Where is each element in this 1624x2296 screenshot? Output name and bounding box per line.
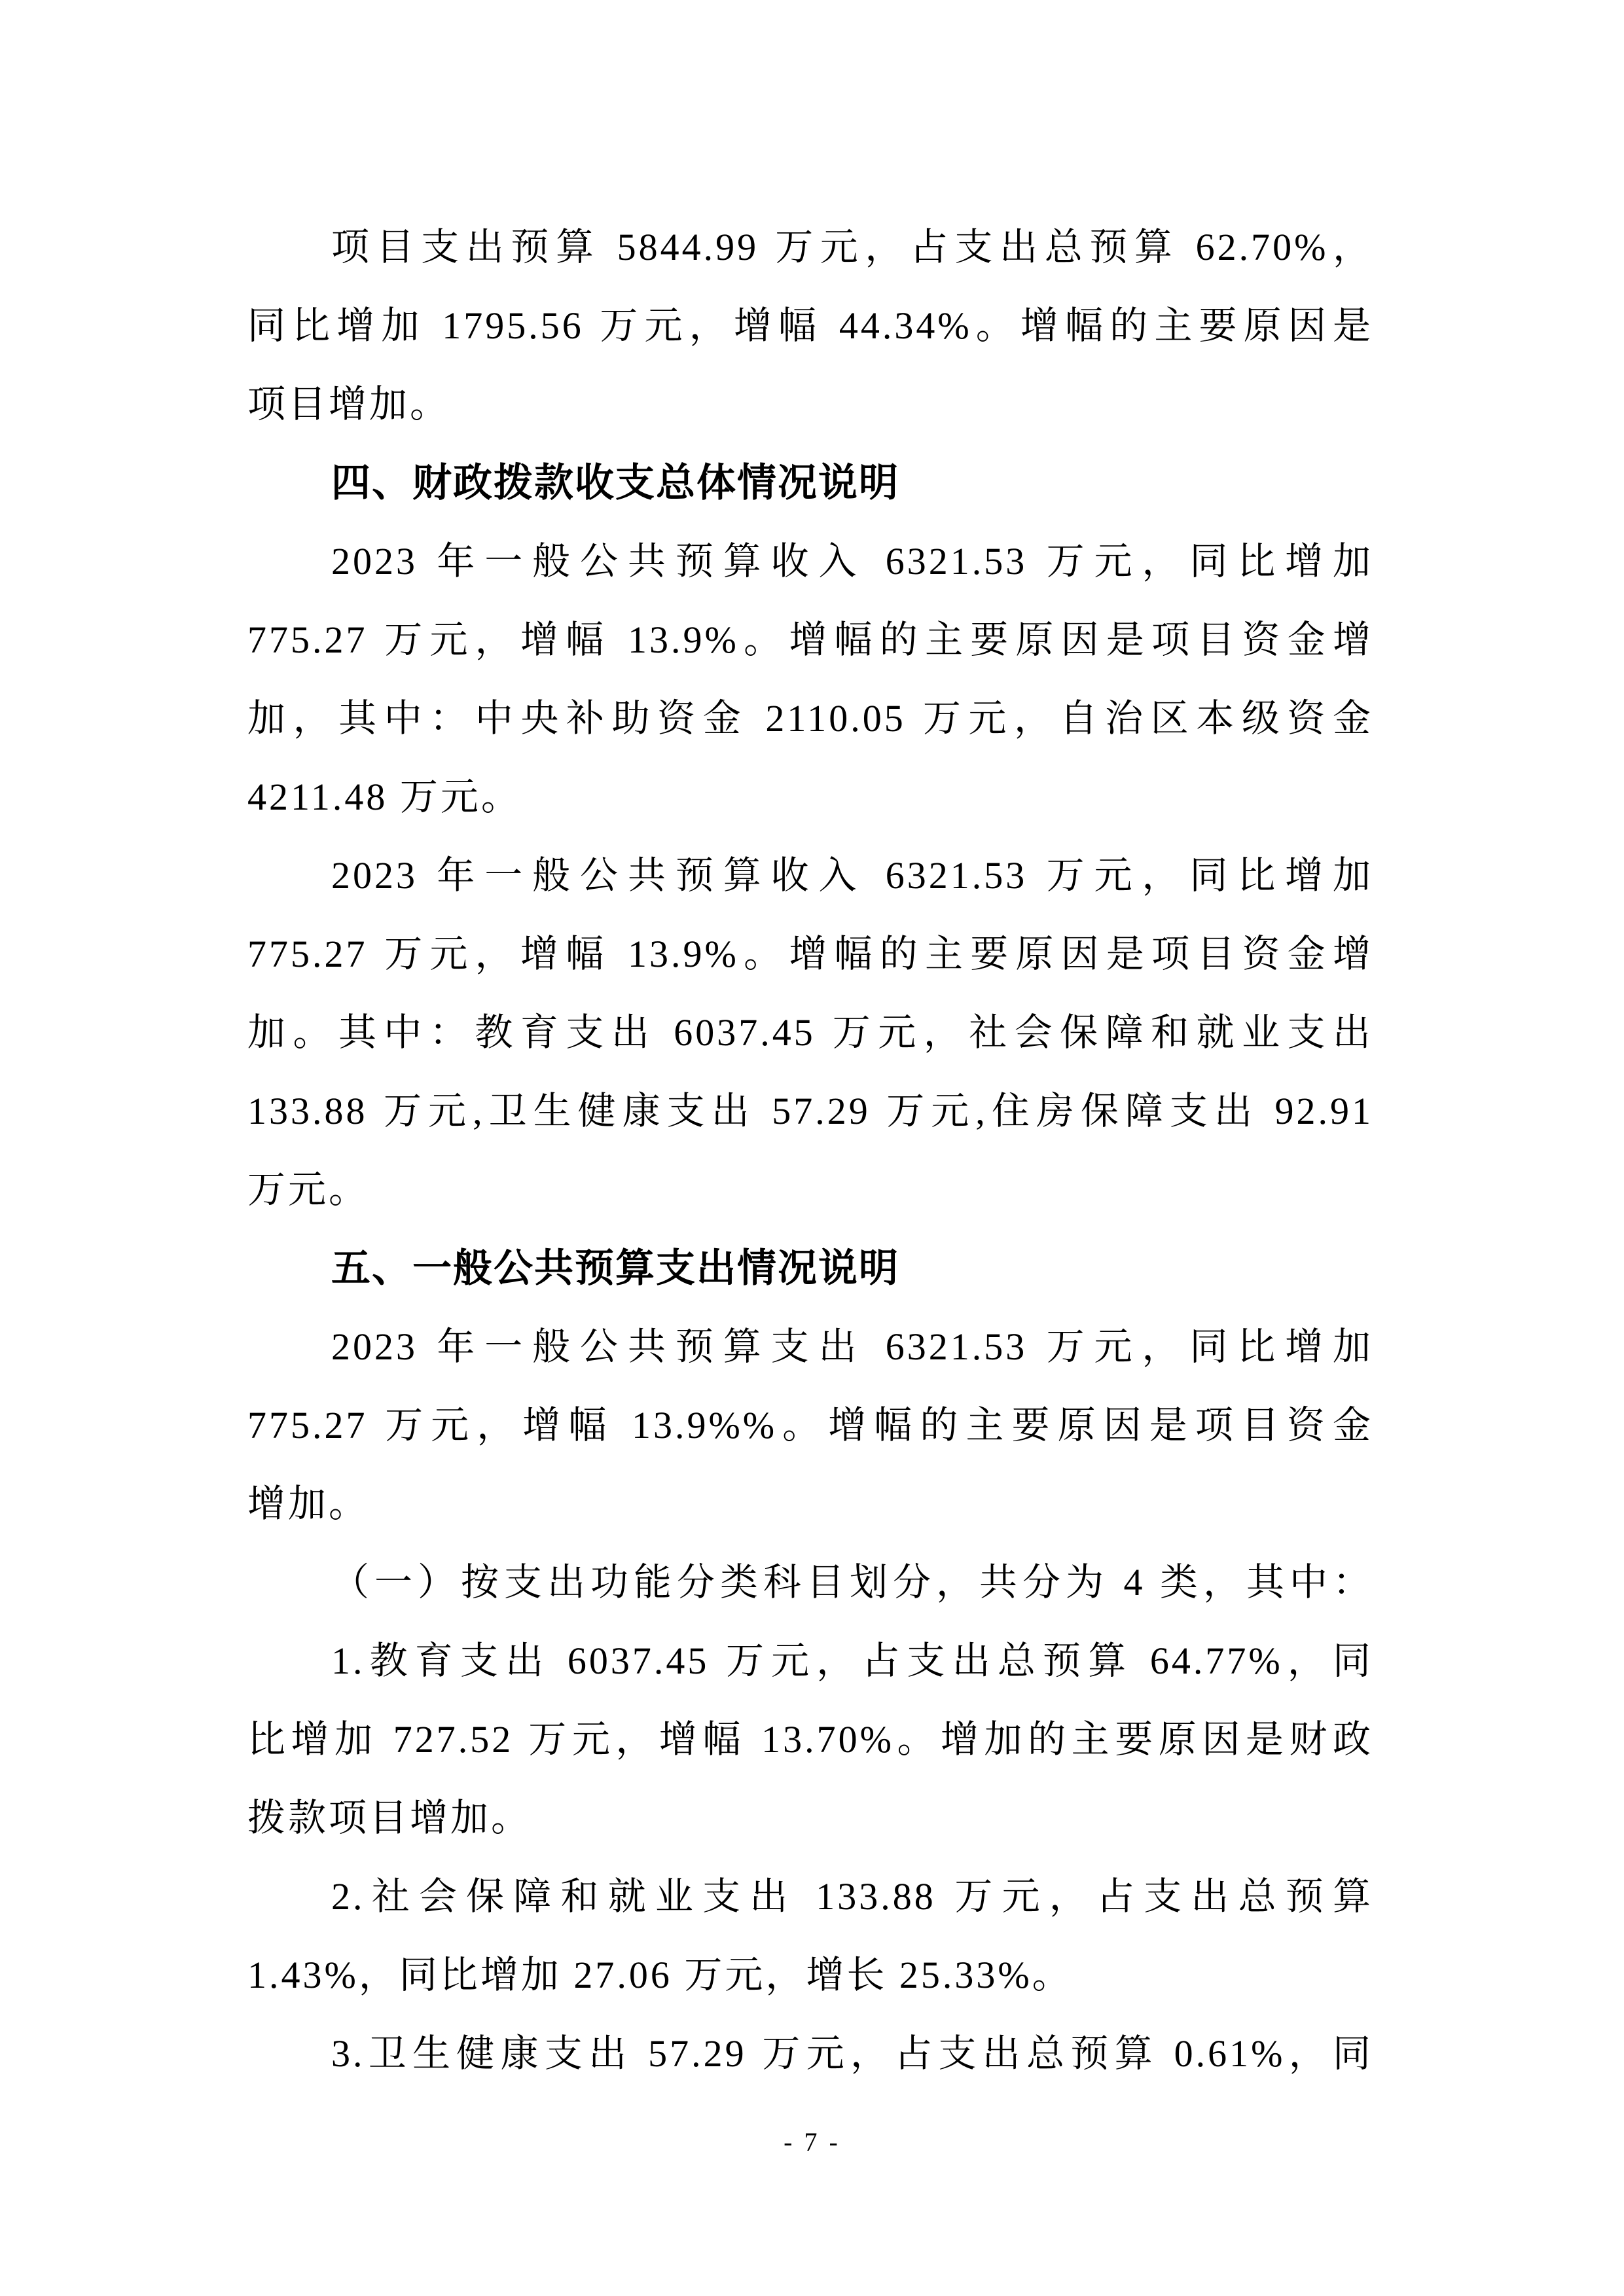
para-project-expenditure-line-3: 项目增加。 bbox=[247, 365, 1373, 444]
para-budget-expenditure-overview-line-3: 增加。 bbox=[247, 1465, 1373, 1543]
para-expenditure-function-classification-intro-line-1: （一）按支出功能分类科目划分，共分为 4 类，其中： bbox=[247, 1543, 1373, 1622]
para-fiscal-revenue-overview-line-1: 2023 年一般公共预算收入 6321.53 万元，同比增加 bbox=[247, 522, 1373, 601]
para-fiscal-revenue-overview-line-2: 775.27 万元，增幅 13.9%。增幅的主要原因是项目资金增 bbox=[247, 601, 1373, 679]
heading-section-4-fiscal-appropriation-overview-line-1: 四、财政拨款收支总体情况说明 bbox=[247, 444, 1373, 522]
para-fiscal-revenue-breakdown-line-3: 加。其中：教育支出 6037.45 万元，社会保障和就业支出 bbox=[247, 994, 1373, 1072]
para-budget-expenditure-overview-line-1: 2023 年一般公共预算支出 6321.53 万元，同比增加 bbox=[247, 1308, 1373, 1386]
para-item-1-education-expenditure-line-3: 拨款项目增加。 bbox=[247, 1779, 1373, 1857]
para-project-expenditure-line-2: 同比增加 1795.56 万元，增幅 44.34%。增幅的主要原因是 bbox=[247, 287, 1373, 365]
para-item-2-social-security-expenditure-line-1: 2.社会保障和就业支出 133.88 万元，占支出总预算 bbox=[247, 1857, 1373, 1936]
document-body: 项目支出预算 5844.99 万元，占支出总预算 62.70%，同比增加 179… bbox=[247, 208, 1373, 2093]
document-page: 项目支出预算 5844.99 万元，占支出总预算 62.70%，同比增加 179… bbox=[0, 0, 1624, 2296]
para-fiscal-revenue-overview-line-4: 4211.48 万元。 bbox=[247, 758, 1373, 836]
para-item-1-education-expenditure-line-1: 1.教育支出 6037.45 万元，占支出总预算 64.77%，同 bbox=[247, 1622, 1373, 1700]
para-budget-expenditure-overview-line-2: 775.27 万元，增幅 13.9%%。增幅的主要原因是项目资金 bbox=[247, 1386, 1373, 1465]
para-fiscal-revenue-breakdown-line-5: 万元。 bbox=[247, 1151, 1373, 1229]
page-number: - 7 - bbox=[0, 2119, 1624, 2165]
para-project-expenditure-line-1: 项目支出预算 5844.99 万元，占支出总预算 62.70%， bbox=[247, 208, 1373, 287]
para-fiscal-revenue-breakdown-line-4: 133.88 万元,卫生健康支出 57.29 万元,住房保障支出 92.91 bbox=[247, 1072, 1373, 1151]
para-item-3-health-expenditure-line-1: 3.卫生健康支出 57.29 万元，占支出总预算 0.61%，同 bbox=[247, 2015, 1373, 2093]
heading-section-5-general-budget-expenditure-line-1: 五、一般公共预算支出情况说明 bbox=[247, 1229, 1373, 1308]
para-fiscal-revenue-breakdown-line-2: 775.27 万元，增幅 13.9%。增幅的主要原因是项目资金增 bbox=[247, 915, 1373, 994]
para-item-1-education-expenditure-line-2: 比增加 727.52 万元，增幅 13.70%。增加的主要原因是财政 bbox=[247, 1700, 1373, 1779]
para-fiscal-revenue-overview-line-3: 加，其中：中央补助资金 2110.05 万元，自治区本级资金 bbox=[247, 679, 1373, 758]
para-item-2-social-security-expenditure-line-2: 1.43%，同比增加 27.06 万元，增长 25.33%。 bbox=[247, 1936, 1373, 2015]
para-fiscal-revenue-breakdown-line-1: 2023 年一般公共预算收入 6321.53 万元，同比增加 bbox=[247, 836, 1373, 915]
